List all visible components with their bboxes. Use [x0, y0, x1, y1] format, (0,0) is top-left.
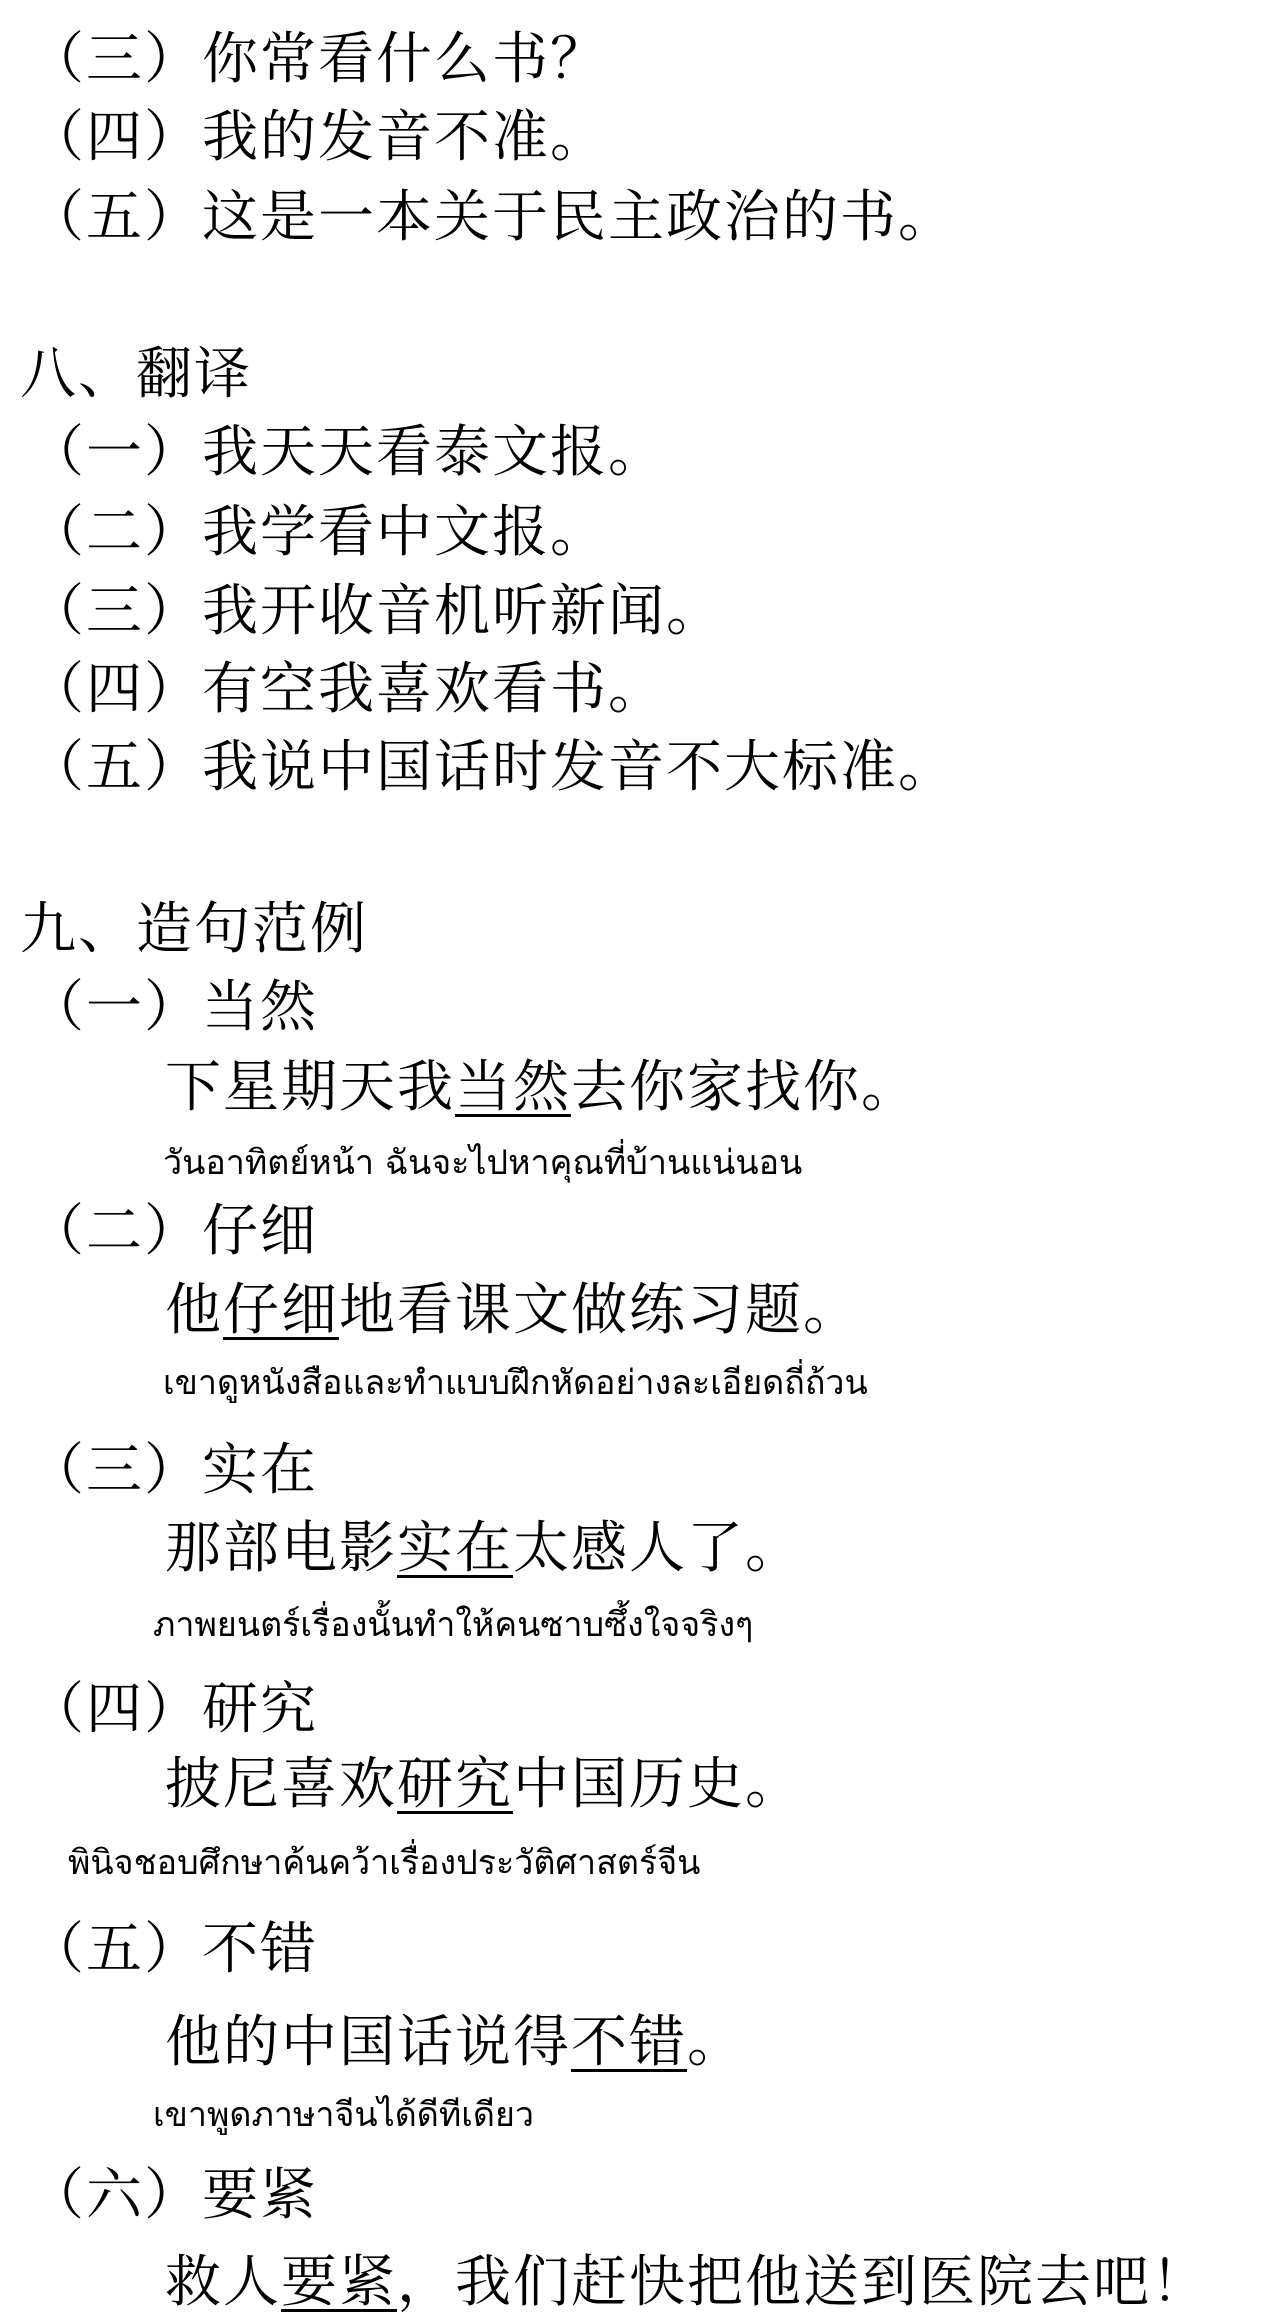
sentence-part: 救人	[165, 2250, 281, 2315]
example-word: 当然	[202, 975, 318, 1040]
s9-example-4-sentence: 披尼喜欢研究中国历史。	[165, 1757, 803, 1813]
section-title-translation: 八、翻译	[20, 347, 252, 403]
sentence-keyword: 仔细	[223, 1278, 339, 1343]
s9-example-3-thai: ภาพยนตร์เรื่องนั้นทำให้คนซาบซึ้งใจจริงๆ	[153, 1608, 753, 1642]
item-text: 我开收音机听新闻。	[202, 579, 724, 644]
sentence-part: 他的中国话说得	[165, 2010, 571, 2075]
example-word: 研究	[202, 1677, 318, 1742]
item-label: （五）	[28, 1917, 202, 1982]
item-label: （一）	[28, 420, 202, 485]
sentence-part: 太感人了。	[513, 1516, 803, 1581]
sentence-keyword: 要紧	[281, 2250, 397, 2315]
item-label: （五）	[28, 185, 202, 250]
s8-item-2: （二）我学看中文报。	[28, 505, 608, 561]
section-title-examples: 九、造句范例	[20, 902, 368, 958]
example-word: 不错	[202, 1917, 318, 1982]
s8-item-3: （三）我开收音机听新闻。	[28, 584, 724, 640]
s7-item-5: （五）这是一本关于民主政治的书。	[28, 190, 956, 246]
s9-example-2-sentence: 他仔细地看课文做练习题。	[165, 1283, 861, 1339]
example-word: 实在	[202, 1438, 318, 1503]
item-label: （四）	[28, 105, 202, 170]
sentence-keyword: 研究	[397, 1752, 513, 1817]
s9-example-6-sentence: 救人要紧，我们赶快把他送到医院去吧！	[165, 2255, 1209, 2311]
item-label: （四）	[28, 657, 202, 722]
item-label: （二）	[28, 1199, 202, 1264]
s9-example-1-thai: วันอาทิตย์หน้า ฉันจะไปหาคุณที่บ้านแน่นอน	[163, 1146, 802, 1180]
sentence-part: 披尼喜欢	[165, 1752, 397, 1817]
item-text: 你常看什么书？	[202, 27, 608, 92]
item-text: 我的发音不准。	[202, 105, 608, 170]
s9-example-5-heading: （五）不错	[28, 1922, 318, 1978]
s7-item-4: （四）我的发音不准。	[28, 110, 608, 166]
item-label: （一）	[28, 975, 202, 1040]
s9-example-3-sentence: 那部电影实在太感人了。	[165, 1521, 803, 1577]
item-label: （三）	[28, 1438, 202, 1503]
item-label: （二）	[28, 500, 202, 565]
sentence-part: 地看课文做练习题。	[339, 1278, 861, 1343]
sentence-keyword: 不错	[571, 2010, 687, 2075]
s9-example-1-sentence: 下星期天我当然去你家找你。	[165, 1060, 919, 1116]
item-label: （三）	[28, 579, 202, 644]
item-label: （三）	[28, 27, 202, 92]
s9-example-4-heading: （四）研究	[28, 1682, 318, 1738]
s9-example-2-heading: （二）仔细	[28, 1204, 318, 1260]
item-label: （四）	[28, 1677, 202, 1742]
item-text: 我学看中文报。	[202, 500, 608, 565]
s8-item-4: （四）有空我喜欢看书。	[28, 662, 666, 718]
s9-example-2-thai: เขาดูหนังสือและทำแบบฝึกหัดอย่างละเอียดถี…	[163, 1366, 868, 1400]
sentence-part: 去你家找你。	[571, 1055, 919, 1120]
item-text: 我说中国话时发音不大标准。	[202, 735, 956, 800]
item-text: 这是一本关于民主政治的书。	[202, 185, 956, 250]
sentence-part: 那部电影	[165, 1516, 397, 1581]
sentence-keyword: 实在	[397, 1516, 513, 1581]
s8-item-1: （一）我天天看泰文报。	[28, 425, 666, 481]
sentence-keyword: 当然	[455, 1055, 571, 1120]
s9-example-5-thai: เขาพูดภาษาจีนได้ดีทีเดียว	[153, 2098, 534, 2132]
sentence-part: 下星期天我	[165, 1055, 455, 1120]
item-text: 我天天看泰文报。	[202, 420, 666, 485]
s9-example-3-heading: （三）实在	[28, 1443, 318, 1499]
item-label: （五）	[28, 735, 202, 800]
s9-example-5-sentence: 他的中国话说得不错。	[165, 2015, 745, 2071]
s9-example-6-heading: （六）要紧	[28, 2168, 318, 2224]
s9-example-1-heading: （一）当然	[28, 980, 318, 1036]
example-word: 仔细	[202, 1199, 318, 1264]
s8-item-5: （五）我说中国话时发音不大标准。	[28, 740, 956, 796]
sentence-part: 他	[165, 1278, 223, 1343]
example-word: 要紧	[202, 2163, 318, 2228]
sentence-part: 中国历史。	[513, 1752, 803, 1817]
sentence-part: 。	[687, 2010, 745, 2075]
sentence-part: ，我们赶快把他送到医院去吧！	[397, 2250, 1209, 2315]
s7-item-3: （三）你常看什么书？	[28, 32, 608, 88]
s9-example-4-thai: พินิจชอบศึกษาค้นคว้าเรื่องประวัติศาสตร์จ…	[68, 1846, 700, 1880]
item-text: 有空我喜欢看书。	[202, 657, 666, 722]
item-label: （六）	[28, 2163, 202, 2228]
